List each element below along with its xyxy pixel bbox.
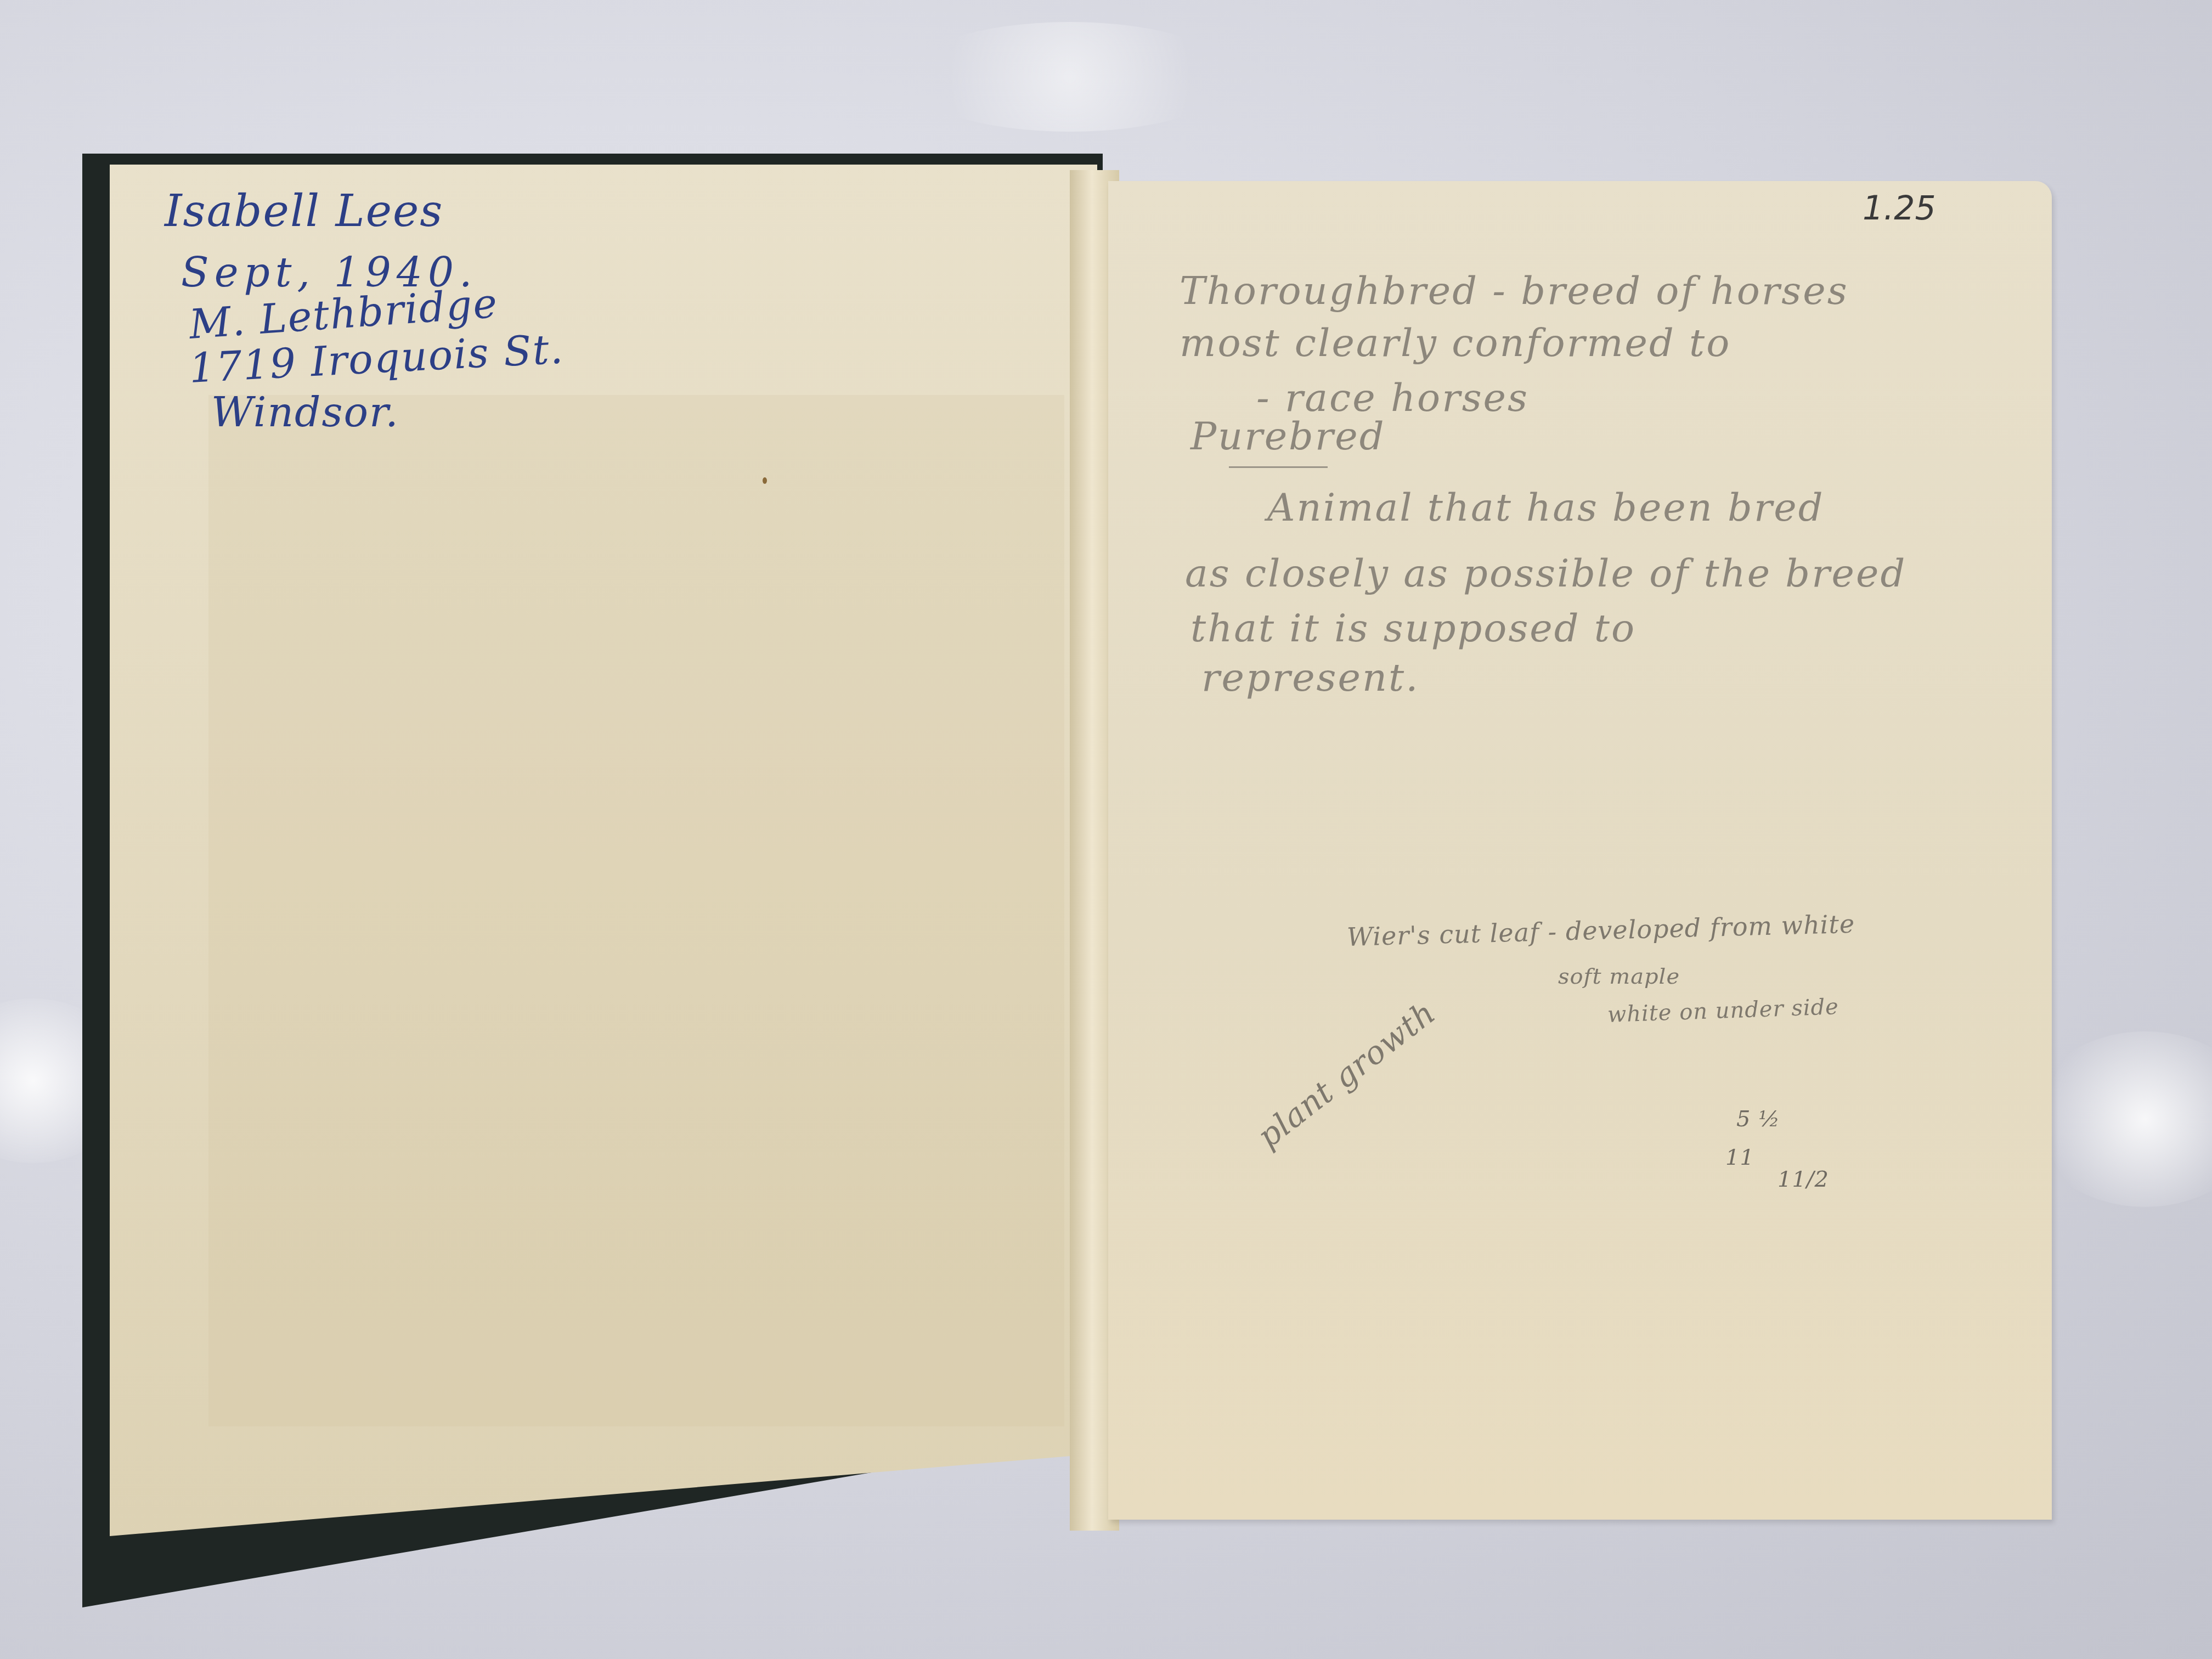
owner-name: Isabell Lees: [165, 189, 443, 233]
table-glare: [2030, 1031, 2212, 1207]
lower-note-line: soft maple: [1558, 966, 1680, 988]
note-line: Animal that has been bred: [1267, 488, 1825, 527]
paper-speck: [763, 477, 767, 484]
inscription-city: Windsor.: [211, 392, 399, 433]
price-mark: 1.25: [1863, 192, 1936, 225]
note-heading: Purebred: [1190, 417, 1386, 455]
note-line: represent.: [1201, 658, 1419, 697]
note-underline: [1229, 466, 1328, 468]
note-line: most clearly conformed to: [1180, 324, 1731, 362]
margin-figure: 11: [1725, 1147, 1754, 1169]
note-line: that it is supposed to: [1190, 609, 1636, 647]
endpaper-tone: [208, 395, 1064, 1426]
note-line: as closely as possible of the breed: [1185, 554, 1906, 592]
note-line: - race horses: [1256, 379, 1529, 417]
note-line: Thoroughbred - breed of horses: [1180, 272, 1849, 310]
right-endpaper: [1108, 181, 2052, 1520]
margin-figure: 11/2: [1778, 1169, 1829, 1190]
table-glare: [905, 22, 1234, 132]
margin-figure: 5 ½: [1736, 1108, 1780, 1130]
